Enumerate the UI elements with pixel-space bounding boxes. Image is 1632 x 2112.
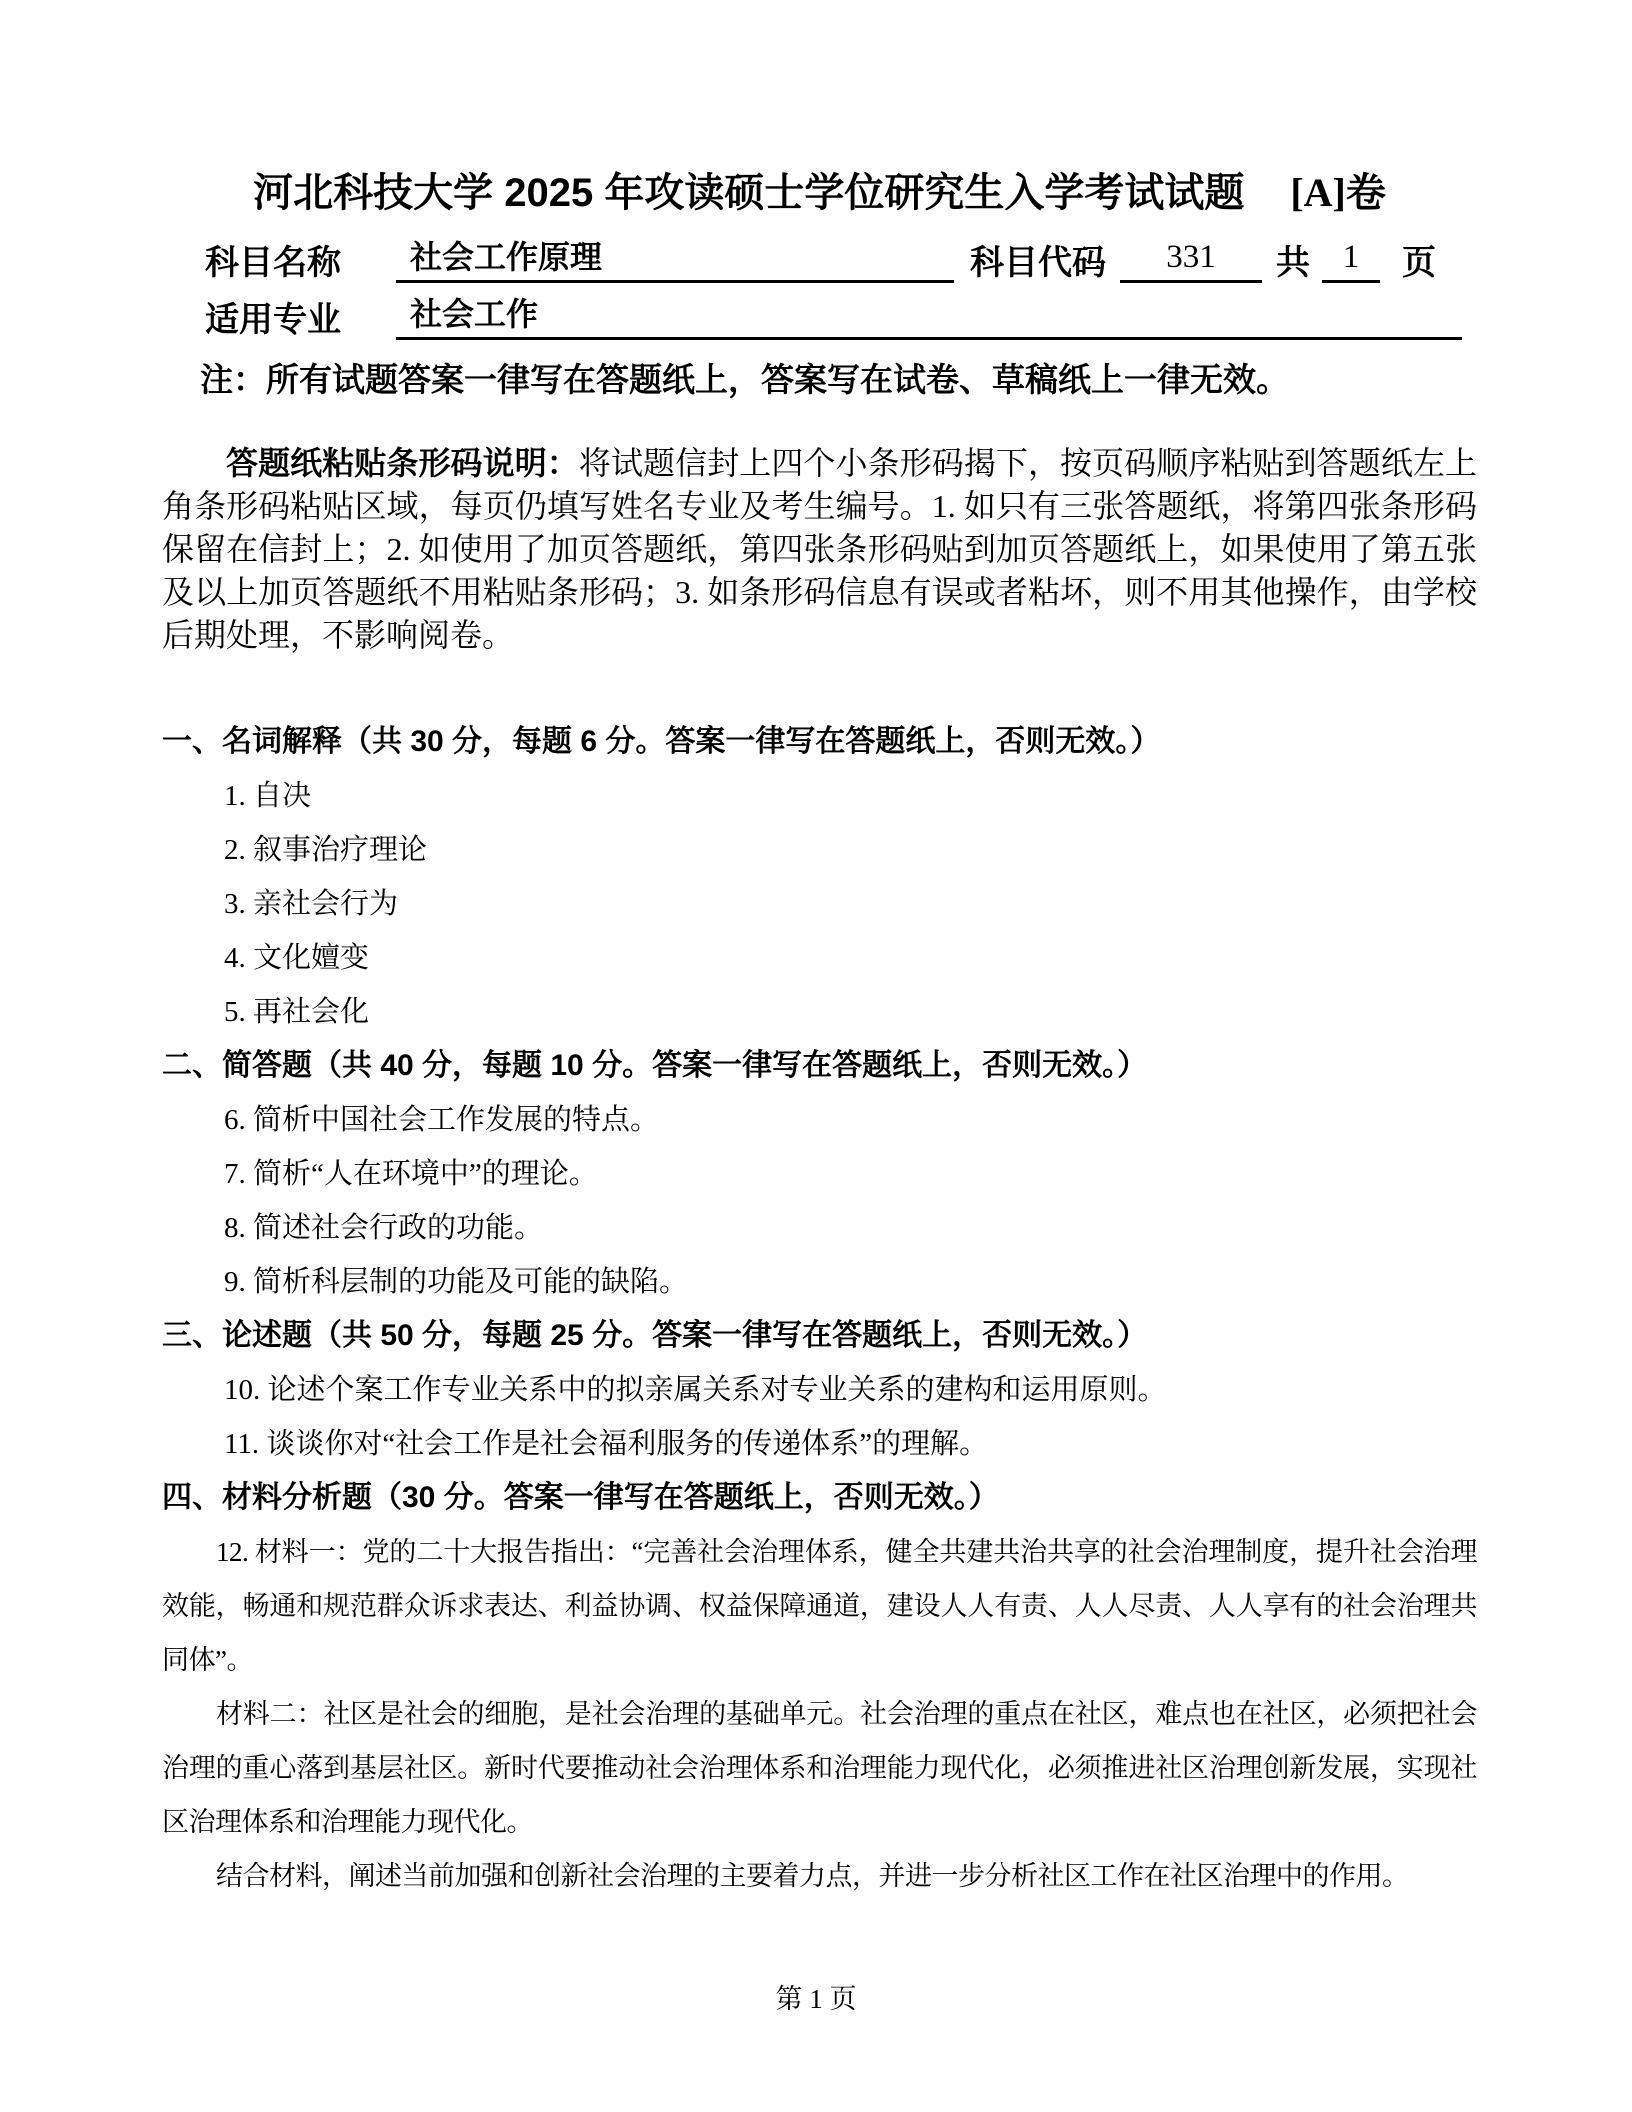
major-label: 适用专业 [205,300,341,340]
subject-code-field: 331 [1120,240,1262,283]
section-1-heading: 一、名词解释（共 30 分，每题 6 分。答案一律写在答题纸上，否则无效。） [162,715,1477,769]
header-row-subject: 科目名称 社会工作原理 科目代码 331 共 1 页 [162,240,1477,283]
subject-name-field: 社会工作原理 [396,240,954,283]
question-12-material-1: 12. 材料一：党的二十大报告指出：“完善社会治理体系，健全共建共治共享的社会治… [162,1525,1477,1687]
section-3-heading: 三、论述题（共 50 分，每题 25 分。答案一律写在答题纸上，否则无效。） [162,1309,1477,1363]
section-4-heading: 四、材料分析题（30 分。答案一律写在答题纸上，否则无效。） [162,1471,1477,1525]
pages-total-label: 共 [1276,243,1310,283]
question-4: 4. 文化嬗变 [162,931,1477,985]
header-row-major: 适用专业 社会工作 [162,297,1477,340]
question-3: 3. 亲社会行为 [162,877,1477,931]
question-2: 2. 叙事治疗理论 [162,823,1477,877]
question-8: 8. 简述社会行政的功能。 [162,1201,1477,1255]
major-field: 社会工作 [396,297,1462,340]
question-9: 9. 简析科层制的功能及可能的缺陷。 [162,1255,1477,1309]
question-5: 5. 再社会化 [162,985,1477,1039]
exam-paper-page: 河北科技大学 2025 年攻读硕士学位研究生入学考试试题[A]卷 科目名称 社会… [0,0,1632,2112]
subject-code-label: 科目代码 [970,243,1106,283]
page-number: 第 1 页 [0,1982,1632,2016]
questions-area: 一、名词解释（共 30 分，每题 6 分。答案一律写在答题纸上，否则无效。） 1… [162,715,1477,1903]
page-title: 河北科技大学 2025 年攻读硕士学位研究生入学考试试题[A]卷 [162,168,1477,218]
subject-name-label: 科目名称 [205,243,341,283]
question-1: 1. 自决 [162,769,1477,823]
question-7: 7. 简析“人在环境中”的理论。 [162,1147,1477,1201]
pages-unit-label: 页 [1402,243,1436,283]
page-title-variant: [A]卷 [1290,170,1386,215]
page-content: 河北科技大学 2025 年攻读硕士学位研究生入学考试试题[A]卷 科目名称 社会… [162,0,1477,1903]
answer-sheet-note: 注：所有试题答案一律写在答题纸上，答案写在试卷、草稿纸上一律无效。 [200,360,1477,400]
barcode-instructions-lead: 答题纸粘贴条形码说明： [226,445,579,481]
page-title-main: 河北科技大学 2025 年攻读硕士学位研究生入学考试试题 [253,171,1244,215]
question-12-task: 结合材料，阐述当前加强和创新社会治理的主要着力点，并进一步分析社区工作在社区治理… [162,1849,1477,1903]
pages-total-field: 1 [1322,240,1380,283]
question-6: 6. 简析中国社会工作发展的特点。 [162,1093,1477,1147]
question-10: 10. 论述个案工作专业关系中的拟亲属关系对专业关系的建构和运用原则。 [162,1363,1477,1417]
question-11: 11. 谈谈你对“社会工作是社会福利服务的传递体系”的理解。 [162,1417,1477,1471]
question-12-material-2: 材料二：社区是社会的细胞，是社会治理的基础单元。社会治理的重点在社区，难点也在社… [162,1687,1477,1849]
section-2-heading: 二、简答题（共 40 分，每题 10 分。答案一律写在答题纸上，否则无效。） [162,1039,1477,1093]
barcode-instructions: 答题纸粘贴条形码说明：将试题信封上四个小条形码揭下，按页码顺序粘贴到答题纸左上角… [162,442,1477,657]
